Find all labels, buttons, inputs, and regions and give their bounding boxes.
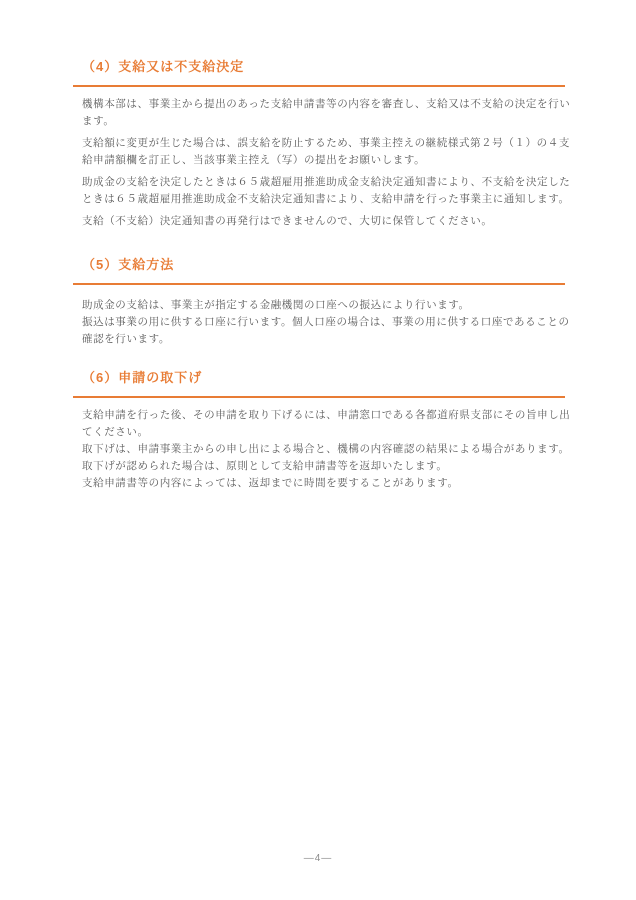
section-application-withdrawal: （6）申請の取下げ 支給申請を行った後、その申請を取り下げるには、申請窓口である… bbox=[73, 368, 565, 492]
paragraph: 支給（不支給）決定通知書の再発行はできませんので、大切に保管してください。 bbox=[73, 213, 565, 230]
paragraph: 機構本部は、事業主から提出のあった支給申請書等の内容を審査し、支給又は不支給の決… bbox=[73, 96, 565, 130]
document-page: （4）支給又は不支給決定 機構本部は、事業主から提出のあった支給申請書等の内容を… bbox=[0, 0, 636, 900]
paragraph: 支給額に変更が生じた場合は、誤支給を防止するため、事業主控えの継続様式第２号（１… bbox=[73, 135, 565, 169]
section-heading: （5）支給方法 bbox=[73, 255, 565, 275]
heading-underline bbox=[73, 283, 565, 285]
paragraph: 助成金の支給は、事業主が指定する金融機関の口座への振込により行います。 振込は事… bbox=[73, 297, 565, 348]
paragraph: 支給申請を行った後、その申請を取り下げるには、申請窓口である各都道府県支部にその… bbox=[73, 407, 565, 492]
section-heading: （6）申請の取下げ bbox=[73, 368, 565, 388]
section-heading: （4）支給又は不支給決定 bbox=[73, 57, 565, 77]
section-payment-decision: （4）支給又は不支給決定 機構本部は、事業主から提出のあった支給申請書等の内容を… bbox=[73, 57, 565, 230]
page-number: ―4― bbox=[0, 853, 636, 864]
paragraph: 助成金の支給を決定したときは６５歳超雇用推進助成金支給決定通知書により、不支給を… bbox=[73, 174, 565, 208]
heading-underline bbox=[73, 85, 565, 87]
heading-underline bbox=[73, 396, 565, 398]
section-payment-method: （5）支給方法 助成金の支給は、事業主が指定する金融機関の口座への振込により行い… bbox=[73, 255, 565, 348]
